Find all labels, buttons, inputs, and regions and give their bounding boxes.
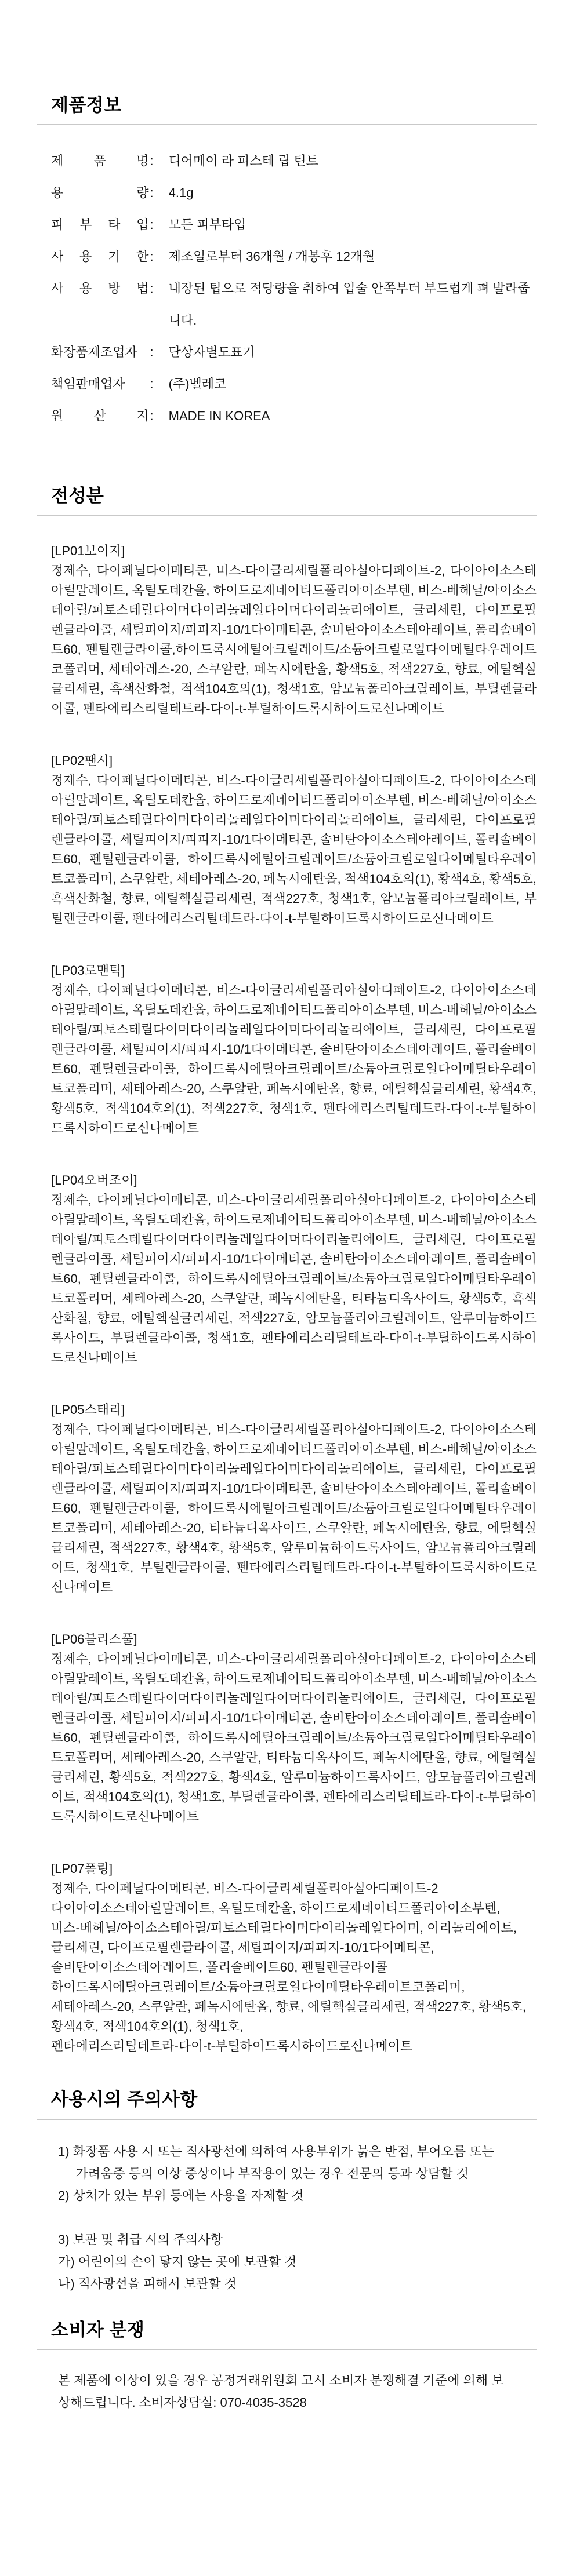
precautions-title: 사용시의 주의사항 <box>51 2089 536 2110</box>
section-divider <box>37 124 536 125</box>
shade-name: [LP03로맨틱] <box>51 961 536 981</box>
row-skin-type: 피부타입: 모든 피부타입 <box>51 209 536 241</box>
shade-ingredients: 정제수, 다이페닐다이메티콘, 비스-다이글리세릴폴리아실아디페이트-2, 다이… <box>51 1649 536 1827</box>
row-label: 제품명 <box>51 145 149 177</box>
shade-block-lp04: [LP04오버조이] 정제수, 다이페닐다이메티콘, 비스-다이글리세릴폴리아실… <box>51 1171 536 1368</box>
section-product-info: 제품정보 제품명: 디어메이 라 피스테 립 틴트 용량: 4.1g 피부타입:… <box>51 94 536 432</box>
shade-block-lp02: [LP02팬시] 정제수, 다이페닐다이메티콘, 비스-다이글리세릴폴리아실아디… <box>51 751 536 928</box>
row-colon: : <box>150 272 154 304</box>
product-info-rows: 제품명: 디어메이 라 피스테 립 틴트 용량: 4.1g 피부타입: 모든 피… <box>51 145 536 432</box>
section-consumer-dispute: 소비자 분쟁 본 제품에 이상이 있을 경우 공정거래위원회 고시 소비자 분쟁… <box>51 2319 536 2414</box>
shade-block-lp06: [LP06블리스풀] 정제수, 다이페닐다이메티콘, 비스-다이글리세릴폴리아실… <box>51 1630 536 1827</box>
row-colon: : <box>150 400 154 432</box>
row-label: 사용방법 <box>51 272 149 304</box>
row-origin: 원산지: MADE IN KOREA <box>51 400 536 432</box>
row-manufacturer: 화장품제조업자: 단상자별도표기 <box>51 336 536 368</box>
bottom-whitespace <box>51 2414 536 2576</box>
section-divider <box>37 515 536 516</box>
shade-name: [LP05스태리] <box>51 1400 536 1420</box>
dispute-text: 본 제품에 이상이 있을 경우 공정거래위원회 고시 소비자 분쟁해결 기준에 … <box>51 2370 536 2414</box>
row-usage: 사용방법: 내장된 팁으로 적당량을 취하여 입술 안쪽부터 부드럽게 펴 발라… <box>51 272 536 336</box>
section-divider <box>37 2119 536 2120</box>
row-colon: : <box>150 177 154 209</box>
shade-ingredients: 정제수, 다이페닐다이메티콘, 비스-다이글리세릴폴리아실아디페이트-2, 다이… <box>51 1420 536 1597</box>
shade-ingredients: 정제수, 다이페닐다이메티콘, 비스-다이글리세릴폴리아실아디페이트-2, 다이… <box>51 771 536 928</box>
row-product-name: 제품명: 디어메이 라 피스테 립 틴트 <box>51 145 536 177</box>
shade-ingredients: 정제수, 다이페닐다이메티콘, 비스-다이글리세릴폴리아실아디페이트-2 다이아… <box>51 1879 536 2056</box>
shade-block-lp03: [LP03로맨틱] 정제수, 다이페닐다이메티콘, 비스-다이글리세릴폴리아실아… <box>51 961 536 1138</box>
ingredients-list: [LP01보이지] 정제수, 다이페닐다이메티콘, 비스-다이글리세릴폴리아실아… <box>51 541 536 2056</box>
row-value: (주)벨레코 <box>169 368 536 400</box>
shade-block-lp07: [LP07폴링] 정제수, 다이페닐다이메티콘, 비스-다이글리세릴폴리아실아디… <box>51 1859 536 2056</box>
product-info-title: 제품정보 <box>51 94 536 116</box>
row-label: 용량 <box>51 177 149 209</box>
shade-name: [LP04오버조이] <box>51 1171 536 1190</box>
product-detail-page: 제품정보 제품명: 디어메이 라 피스테 립 틴트 용량: 4.1g 피부타입:… <box>0 0 580 2576</box>
ingredients-title: 전성분 <box>51 485 536 507</box>
shade-name: [LP02팬시] <box>51 751 536 771</box>
shade-ingredients: 정제수, 다이페닐다이메티콘, 비스-다이글리세릴폴리아실아디페이트-2, 다이… <box>51 1190 536 1368</box>
row-label: 사용기한 <box>51 241 149 272</box>
row-value: 모든 피부타입 <box>169 209 536 241</box>
row-seller: 책임판매업자: (주)벨레코 <box>51 368 536 400</box>
shade-block-lp05: [LP05스태리] 정제수, 다이페닐다이메티콘, 비스-다이글리세릴폴리아실아… <box>51 1400 536 1597</box>
row-value: MADE IN KOREA <box>169 400 536 432</box>
row-label: 원산지 <box>51 400 149 432</box>
shade-block-lp01: [LP01보이지] 정제수, 다이페닐다이메티콘, 비스-다이글리세릴폴리아실아… <box>51 541 536 719</box>
row-colon: : <box>150 209 154 241</box>
row-value: 디어메이 라 피스테 립 틴트 <box>169 145 536 177</box>
row-colon: : <box>150 145 154 177</box>
shade-ingredients: 정제수, 다이페닐다이메티콘, 비스-다이글리세릴폴리아실아디페이트-2, 다이… <box>51 561 536 719</box>
dispute-title: 소비자 분쟁 <box>51 2319 536 2341</box>
row-label: 화장품제조업자 <box>51 336 149 368</box>
row-value: 4.1g <box>169 177 536 209</box>
row-volume: 용량: 4.1g <box>51 177 536 209</box>
row-label: 피부타입 <box>51 209 149 241</box>
row-colon: : <box>150 368 154 400</box>
section-ingredients: 전성분 [LP01보이지] 정제수, 다이페닐다이메티콘, 비스-다이글리세릴폴… <box>51 485 536 2056</box>
precautions-text: 1) 화장품 사용 시 또는 직사광선에 의하여 사용부위가 붉은 반점, 부어… <box>51 2141 536 2295</box>
row-expiry: 사용기한: 제조일로부터 36개월 / 개봉후 12개월 <box>51 241 536 272</box>
shade-name: [LP07폴링] <box>51 1859 536 1879</box>
shade-name: [LP01보이지] <box>51 541 536 561</box>
row-colon: : <box>150 241 154 272</box>
section-precautions: 사용시의 주의사항 1) 화장품 사용 시 또는 직사광선에 의하여 사용부위가… <box>51 2089 536 2294</box>
row-colon: : <box>150 336 154 368</box>
row-value: 단상자별도표기 <box>169 336 536 368</box>
shade-name: [LP06블리스풀] <box>51 1630 536 1649</box>
section-divider <box>37 2349 536 2350</box>
row-label: 책임판매업자 <box>51 368 149 400</box>
shade-ingredients: 정제수, 다이페닐다이메티콘, 비스-다이글리세릴폴리아실아디페이트-2, 다이… <box>51 981 536 1138</box>
row-value: 내장된 팁으로 적당량을 취하여 입술 안쪽부터 부드럽게 펴 발라줍니다. <box>169 272 536 336</box>
row-value: 제조일로부터 36개월 / 개봉후 12개월 <box>169 241 536 272</box>
